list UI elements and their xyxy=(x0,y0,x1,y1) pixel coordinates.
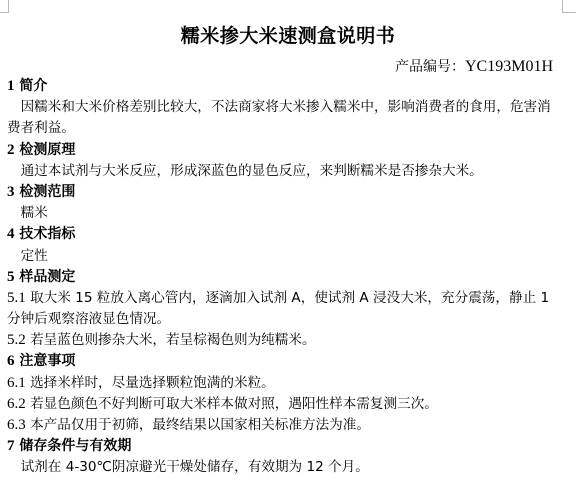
document-title: 糯米掺大米速测盒说明书 xyxy=(0,24,576,48)
section-text: 因糯米和大米价格差别比较大，不法商家将大米掺入糯米中，影响消费者的食用，危害消 xyxy=(7,97,571,118)
step-item-continued: 分钟后观察溶液显色情况。 xyxy=(7,309,571,330)
section-heading-sample-test: 5 样品测定 xyxy=(7,267,571,288)
section-heading-specs: 4 技术指标 xyxy=(7,224,571,245)
section-heading-scope: 3 检测范围 xyxy=(7,182,571,203)
note-item: 6.2 若显色颜色不好判断可取大米样本做对照，遇阳性样本需复测三次。 xyxy=(7,394,571,415)
section-text: 定性 xyxy=(7,246,571,267)
product-code-value: YC193M01H xyxy=(465,58,553,75)
page-corner-mark-top-left xyxy=(0,0,9,13)
note-item: 6.3 本产品仅用于初筛，最终结果以国家相关标准方法为准。 xyxy=(7,415,571,436)
page-corner-mark-top-right xyxy=(562,0,576,13)
step-item: 5.2 若呈蓝色则掺杂大米，若呈棕褐色则为纯糯米。 xyxy=(7,330,571,351)
section-heading-storage: 7 储存条件与有效期 xyxy=(7,436,571,457)
section-heading-notes: 6 注意事项 xyxy=(7,351,571,372)
note-item: 6.1 选择米样时，尽量选择颗粒饱满的米粒。 xyxy=(7,373,571,394)
section-text: 糯米 xyxy=(7,203,571,224)
section-text: 试剂在 4-30℃阴凉避光干燥处储存，有效期为 12 个月。 xyxy=(7,457,571,478)
section-heading-principle: 2 检测原理 xyxy=(7,140,571,161)
section-text: 费者利益。 xyxy=(7,118,571,139)
product-code: 产品编号：YC193M01H xyxy=(395,57,553,77)
step-item: 5.1 取大米 15 粒放入离心管内，逐滴加入试剂 A，使试剂 A 浸没大米，充… xyxy=(7,288,571,309)
section-text: 通过本试剂与大米反应，形成深蓝色的显色反应，来判断糯米是否掺杂大米。 xyxy=(7,161,571,182)
document-body: 1 简介 因糯米和大米价格差别比较大，不法商家将大米掺入糯米中，影响消费者的食用… xyxy=(7,76,571,479)
product-code-label: 产品编号： xyxy=(395,59,465,75)
section-heading-intro: 1 简介 xyxy=(7,76,571,97)
